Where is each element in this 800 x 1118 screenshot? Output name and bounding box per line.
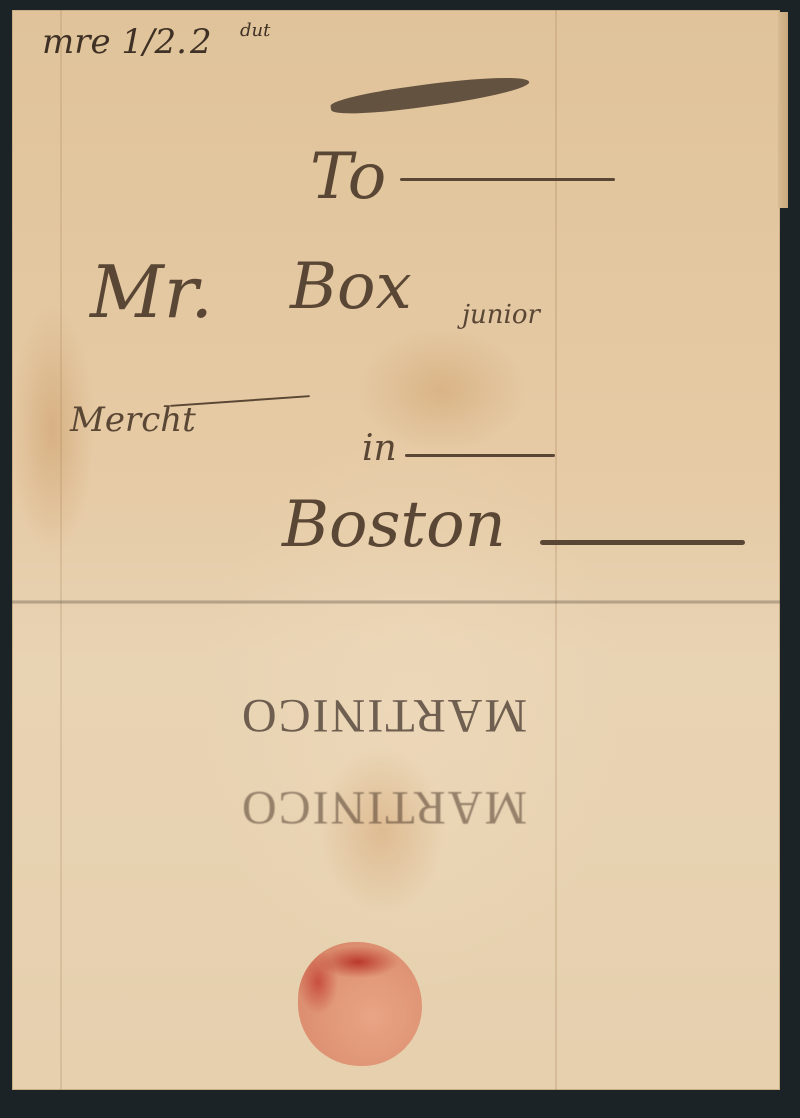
address-preposition: in bbox=[362, 428, 397, 469]
folded-flap bbox=[778, 12, 788, 208]
rate-suffix: dut bbox=[240, 20, 270, 41]
city-underline bbox=[540, 540, 745, 545]
postmark-martinico-smudged: MARTINICO bbox=[240, 780, 527, 835]
rate-marking: mre 1/2. bbox=[42, 22, 187, 62]
postmark-martinico: MARTINICO bbox=[240, 688, 527, 743]
address-salutation: Mr. bbox=[90, 250, 213, 334]
address-suffix: junior bbox=[462, 300, 540, 330]
address-to: To bbox=[310, 140, 386, 214]
rate-number: 2 bbox=[190, 22, 212, 62]
fold-crease-horizontal bbox=[12, 600, 780, 604]
fold-crease-left bbox=[60, 10, 62, 1090]
wax-seal bbox=[298, 942, 422, 1066]
preposition-line bbox=[405, 454, 555, 457]
address-city: Boston bbox=[282, 488, 506, 562]
fold-crease-right bbox=[555, 10, 557, 1090]
flourish-line bbox=[400, 178, 615, 181]
address-name: Box bbox=[290, 250, 412, 324]
